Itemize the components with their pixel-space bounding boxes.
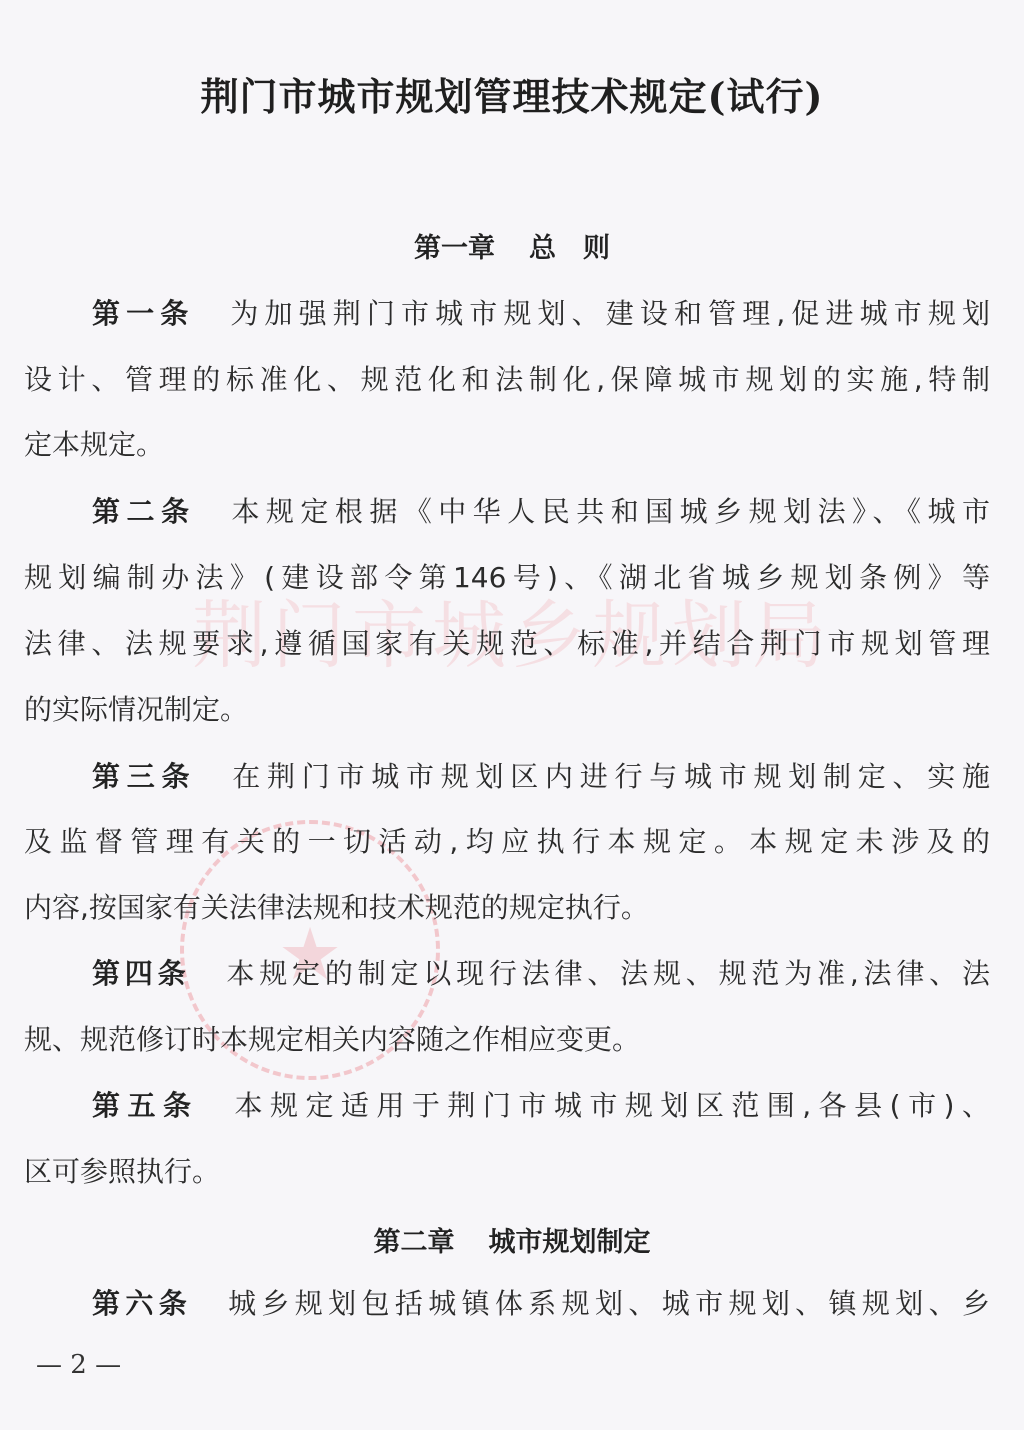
chapter-name: 城市规划制定 — [489, 1227, 651, 1258]
article-3-line-2: 及监督管理有关的一切活动,均应执行本规定。本规定未涉及的 — [24, 822, 990, 862]
article-3-line-3: 内容,按国家有关法律法规和技术规范的规定执行。 — [24, 888, 990, 928]
article-5-line-2: 区可参照执行。 — [24, 1152, 990, 1192]
article-text: 本规定的制定以现行法律、法规、规范为准,法律、法 — [226, 957, 990, 990]
article-label: 第三条 — [92, 760, 196, 793]
document-title: 荆门市城市规划管理技术规定(试行) — [0, 66, 1024, 121]
article-text: 本规定适用于荆门市城市规划区范围,各县(市)、 — [234, 1089, 990, 1122]
article-1-line-3: 定本规定。 — [24, 425, 990, 465]
article-text: 本规定根据《中华人民共和国城乡规划法》、《城市 — [231, 495, 990, 528]
article-2-line-3: 法律、法规要求,遵循国家有关规范、标准,并结合荆门市规划管理 — [24, 624, 990, 664]
article-1-line-1: 第一条为加强荆门市城市规划、建设和管理,促进城市规划 — [92, 294, 990, 334]
chapter-label: 第二章 — [374, 1227, 455, 1258]
article-label: 第四条 — [92, 957, 190, 990]
article-text: 为加强荆门市城市规划、建设和管理,促进城市规划 — [230, 297, 990, 330]
article-4-line-1: 第四条本规定的制定以现行法律、法规、规范为准,法律、法 — [92, 954, 990, 994]
page-number: — 2 — — [36, 1350, 121, 1380]
article-3-line-1: 第三条在荆门市城市规划区内进行与城市规划制定、实施 — [92, 757, 990, 797]
chapter-heading-1: 第一章总 则 — [0, 226, 1024, 265]
article-text: 城乡规划包括城镇体系规划、城市规划、镇规划、乡 — [228, 1287, 990, 1320]
article-5-line-1: 第五条本规定适用于荆门市城市规划区范围,各县(市)、 — [92, 1086, 990, 1126]
article-4-line-2: 规、规范修订时本规定相关内容随之作相应变更。 — [24, 1020, 990, 1060]
article-label: 第五条 — [92, 1089, 198, 1122]
article-label: 第二条 — [92, 495, 195, 528]
article-2-line-1: 第二条本规定根据《中华人民共和国城乡规划法》、《城市 — [92, 492, 990, 532]
document-page: 荆门市城乡规划局 ★ 荆门市城市规划管理技术规定(试行) 第一章总 则 第一条为… — [0, 0, 1024, 1430]
article-2-line-2: 规划编制办法》(建设部令第146号)、《湖北省城乡规划条例》等 — [24, 558, 990, 598]
article-2-line-4: 的实际情况制定。 — [24, 690, 990, 730]
article-label: 第六条 — [92, 1287, 192, 1320]
chapter-name: 总 则 — [529, 233, 610, 264]
article-text: 在荆门市城市规划区内进行与城市规划制定、实施 — [232, 760, 990, 793]
article-label: 第一条 — [92, 297, 194, 330]
article-6-line-1: 第六条城乡规划包括城镇体系规划、城市规划、镇规划、乡 — [92, 1284, 990, 1324]
chapter-heading-2: 第二章城市规划制定 — [0, 1220, 1024, 1259]
chapter-label: 第一章 — [414, 233, 495, 264]
article-1-line-2: 设计、管理的标准化、规范化和法制化,保障城市规划的实施,特制 — [24, 360, 990, 400]
